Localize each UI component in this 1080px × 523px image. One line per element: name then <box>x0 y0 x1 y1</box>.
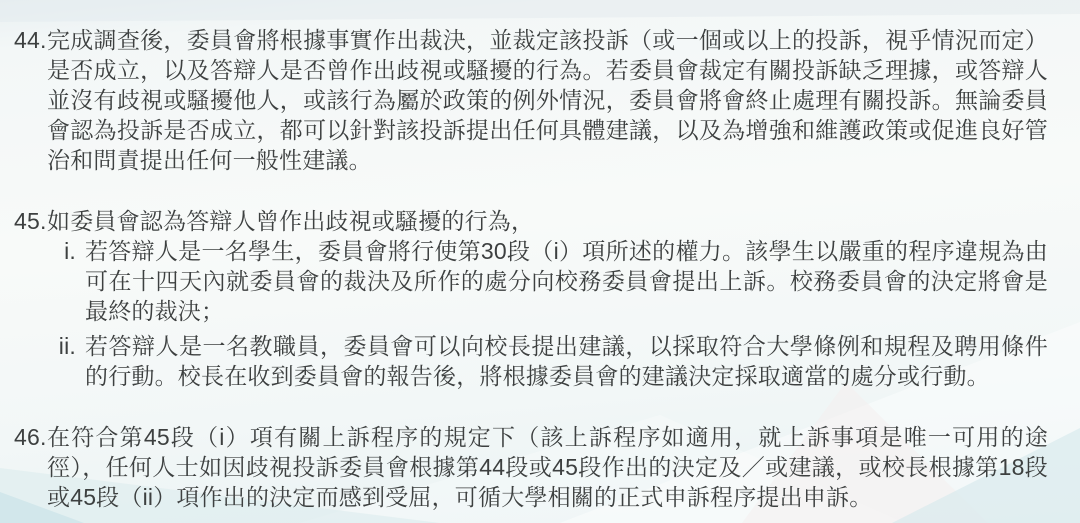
subitem-marker: i. <box>47 236 85 326</box>
document-content: 44. 完成調查後，委員會將根據事實作出裁決，並裁定該投訴（或一個或以上的投訴，… <box>0 0 1080 512</box>
paragraph-number: 45. <box>14 206 47 391</box>
subitem-ii: ii. 若答辯人是一名教職員，委員會可以向校長提出建議，以採取符合大學條例和規程… <box>47 331 1048 391</box>
paragraph-body: 如委員會認為答辯人曾作出歧視或騷擾的行為， i. 若答辯人是一名學生，委員會將行… <box>47 206 1048 391</box>
paragraph-45: 45. 如委員會認為答辯人曾作出歧視或騷擾的行為， i. 若答辯人是一名學生，委… <box>14 206 1048 391</box>
paragraph-text: 如委員會認為答辯人曾作出歧視或騷擾的行為， <box>47 206 1048 236</box>
paragraph-number: 46. <box>14 422 47 512</box>
document-page: 44. 完成調查後，委員會將根據事實作出裁決，並裁定該投訴（或一個或以上的投訴，… <box>0 0 1080 523</box>
subitem-marker: ii. <box>47 331 85 391</box>
paragraph-number: 44. <box>14 25 47 175</box>
paragraph-46: 46. 在符合第45段（i）項有關上訴程序的規定下（該上訴程序如適用，就上訴事項… <box>14 422 1048 512</box>
paragraph-44: 44. 完成調查後，委員會將根據事實作出裁決，並裁定該投訴（或一個或以上的投訴，… <box>14 25 1048 175</box>
paragraph-text: 在符合第45段（i）項有關上訴程序的規定下（該上訴程序如適用，就上訴事項是唯一可… <box>47 422 1048 512</box>
paragraph-text: 完成調查後，委員會將根據事實作出裁決，並裁定該投訴（或一個或以上的投訴，視乎情況… <box>47 25 1048 175</box>
subitem-text: 若答辯人是一名學生，委員會將行使第30段（i）項所述的權力。該學生以嚴重的程序違… <box>85 236 1048 326</box>
subitem-i: i. 若答辯人是一名學生，委員會將行使第30段（i）項所述的權力。該學生以嚴重的… <box>47 236 1048 326</box>
subitem-text: 若答辯人是一名教職員，委員會可以向校長提出建議，以採取符合大學條例和規程及聘用條… <box>85 331 1048 391</box>
